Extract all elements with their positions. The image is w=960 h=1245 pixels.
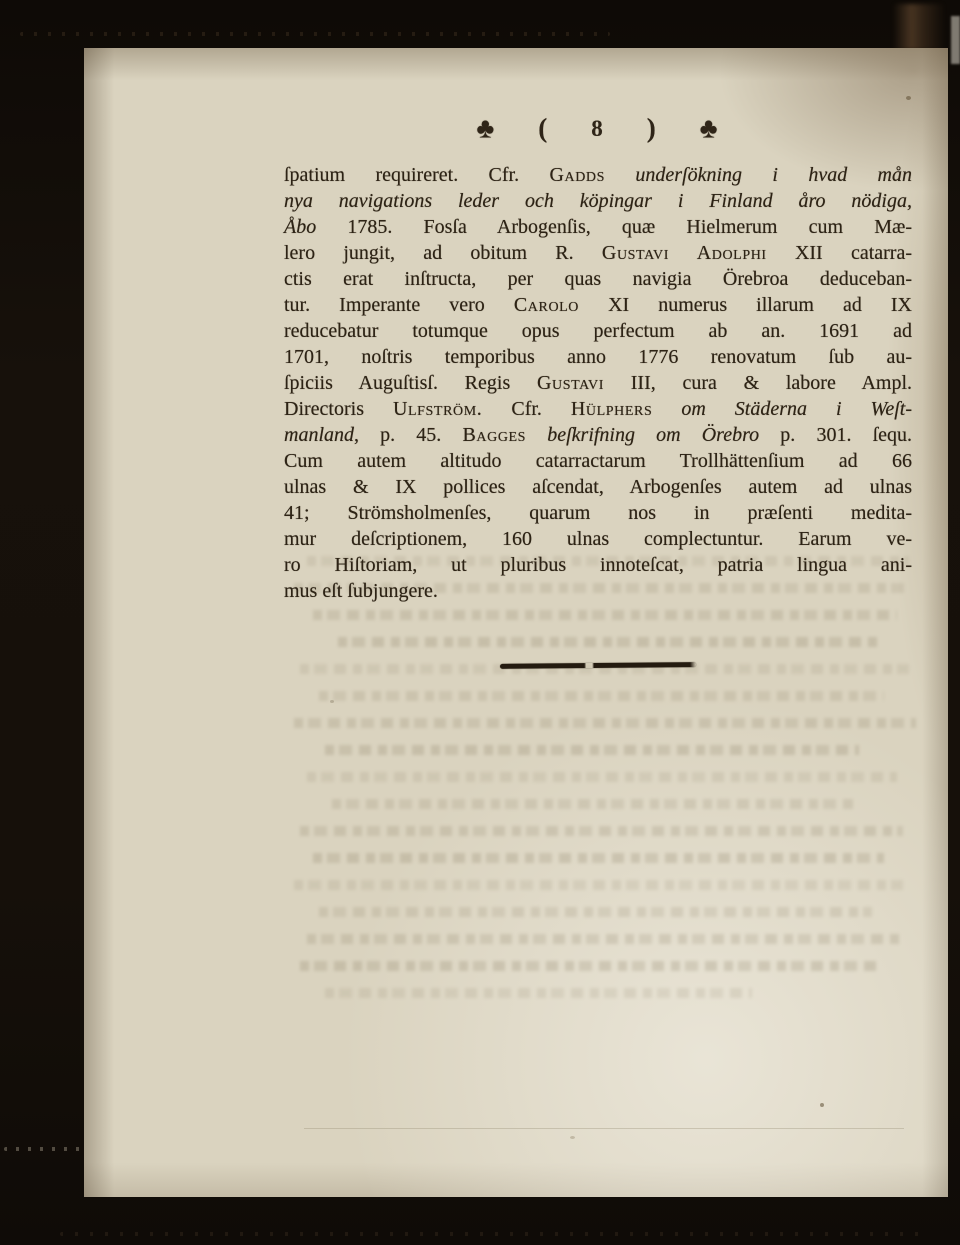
body-text: XII catarra- bbox=[767, 242, 912, 264]
text-line: ro Hiſtoriam, ut pluribus innoteſcat, pa… bbox=[284, 552, 912, 578]
body-text: Cfr. bbox=[482, 398, 571, 420]
scan-edge-artifact bbox=[951, 16, 960, 64]
text-line: ctis erat inſtructa, per quas navigia Ör… bbox=[284, 266, 912, 292]
body-text: lero jungit, ad obitum R. bbox=[284, 242, 602, 264]
page-paper: ♣ ( 8 ) ♣ ſpatium requireret. Cfr. Gadds… bbox=[84, 48, 948, 1197]
body-text: ulnas & IX pollices aſcendat, Arbogenſes… bbox=[284, 476, 912, 498]
italic-citation: beſkrifning om Örebro bbox=[547, 424, 759, 446]
bleed-through-line bbox=[313, 610, 897, 620]
italic-citation: underſökning i hvad mån bbox=[635, 164, 912, 186]
body-text: III, cura & labore Ampl. bbox=[604, 372, 912, 394]
text-block: ſpatium requireret. Cfr. Gadds underſökn… bbox=[284, 162, 912, 604]
paper-speck bbox=[906, 96, 911, 100]
body-text: XI numerus illarum ad IX bbox=[579, 294, 912, 316]
small-caps-name: Hülphers bbox=[571, 398, 652, 420]
text-line: Directoris Ulfström. Cfr. Hülphers om St… bbox=[284, 396, 912, 422]
text-line: nya navigations leder och köpingar i Fin… bbox=[284, 188, 912, 214]
text-line: ſpatium requireret. Cfr. Gadds underſökn… bbox=[284, 162, 912, 188]
text-line: reducebatur totumque opus perfectum ab a… bbox=[284, 318, 912, 344]
body-text: ſpiciis Auguſtisſ. Regis bbox=[284, 372, 537, 394]
paper-speck bbox=[330, 700, 334, 703]
body-text: 41; Strömsholmenſes, quarum nos in præſe… bbox=[284, 502, 912, 524]
text-line: Åbo 1785. Fosſa Arbogenſis, quæ Hielmeru… bbox=[284, 214, 912, 240]
bleed-through-line bbox=[300, 961, 878, 971]
paper-speck bbox=[570, 1136, 575, 1139]
film-edge-dots-bottom bbox=[60, 1232, 920, 1236]
page-number: 8 bbox=[591, 117, 603, 140]
page-number-close-paren: ) bbox=[647, 115, 656, 142]
bleed-through-line bbox=[307, 772, 897, 782]
body-text bbox=[605, 164, 635, 186]
bleed-through-line bbox=[294, 880, 903, 890]
body-text bbox=[526, 424, 547, 446]
small-caps-name: Gustavi Adolphi bbox=[602, 242, 767, 264]
text-line: Cum autem altitudo catarractarum Trollhä… bbox=[284, 448, 912, 474]
italic-citation: Åbo bbox=[284, 216, 316, 238]
bleed-through-line bbox=[294, 718, 916, 728]
scanned-book-page: ♣ ( 8 ) ♣ ſpatium requireret. Cfr. Gadds… bbox=[0, 0, 960, 1245]
body-text bbox=[652, 398, 681, 420]
bleed-through-line bbox=[325, 988, 752, 998]
fleuron-left-icon: ♣ bbox=[477, 114, 495, 142]
small-caps-name: Bagges bbox=[462, 424, 526, 446]
fleuron-right-icon: ♣ bbox=[700, 114, 718, 142]
bleed-through-line bbox=[338, 637, 878, 647]
text-line: 41; Strömsholmenſes, quarum nos in præſe… bbox=[284, 500, 912, 526]
bleed-through-text bbox=[294, 556, 922, 1026]
body-text: mur deſcriptionem, 160 ulnas complectunt… bbox=[284, 528, 912, 550]
text-line: ſpiciis Auguſtisſ. Regis Gustavi III, cu… bbox=[284, 370, 912, 396]
body-text: 1785. Fosſa Arbogenſis, quæ Hielmerum cu… bbox=[316, 216, 912, 238]
bleed-through-line bbox=[300, 826, 903, 836]
bleed-through-line bbox=[319, 907, 872, 917]
italic-citation: manland bbox=[284, 424, 354, 446]
body-text: , p. 45. bbox=[354, 424, 462, 446]
film-edge-dots-top bbox=[20, 32, 610, 36]
body-text: ro Hiſtoriam, ut pluribus innoteſcat, pa… bbox=[284, 554, 912, 576]
bleed-through-line bbox=[332, 799, 853, 809]
scan-reflection-streak bbox=[893, 4, 945, 50]
body-text: 1701, noſtris temporibus anno 1776 renov… bbox=[284, 346, 912, 368]
page-header: ♣ ( 8 ) ♣ bbox=[284, 108, 910, 148]
bleed-through-line bbox=[325, 745, 859, 755]
text-line: mus eſt ſubjungere. bbox=[284, 578, 912, 604]
body-text: reducebatur totumque opus perfectum ab a… bbox=[284, 320, 912, 342]
body-text: mus eſt ſubjungere. bbox=[284, 580, 438, 602]
text-line: mur deſcriptionem, 160 ulnas complectunt… bbox=[284, 526, 912, 552]
small-caps-name: Ulfström. bbox=[393, 398, 482, 420]
italic-citation: om Städerna i Weſt- bbox=[681, 398, 912, 420]
paper-speck bbox=[820, 1103, 824, 1107]
bleed-through-line bbox=[307, 934, 904, 944]
small-caps-name: Carolo bbox=[514, 294, 579, 316]
text-line: lero jungit, ad obitum R. Gustavi Adolph… bbox=[284, 240, 912, 266]
text-line: 1701, noſtris temporibus anno 1776 renov… bbox=[284, 344, 912, 370]
bleed-through-line bbox=[319, 691, 884, 701]
text-line: manland, p. 45. Bagges beſkrifning om Ör… bbox=[284, 422, 912, 448]
bleed-through-line bbox=[313, 853, 884, 863]
body-text: tur. Imperante vero bbox=[284, 294, 514, 316]
text-line: ulnas & IX pollices aſcendat, Arbogenſes… bbox=[284, 474, 912, 500]
page-number-open-paren: ( bbox=[538, 115, 547, 142]
small-caps-name: Gadds bbox=[549, 164, 605, 186]
body-text: Directoris bbox=[284, 398, 393, 420]
body-text: ſpatium requireret. Cfr. bbox=[284, 164, 549, 186]
film-edge-dots-bottom-left bbox=[4, 1147, 96, 1151]
body-text: ctis erat inſtructa, per quas navigia Ör… bbox=[284, 268, 912, 290]
body-text: p. 301. ſequ. bbox=[759, 424, 912, 446]
italic-citation: nya navigations leder och köpingar i Fin… bbox=[284, 190, 912, 212]
small-caps-name: Gustavi bbox=[537, 372, 604, 394]
text-line: tur. Imperante vero Carolo XI numerus il… bbox=[284, 292, 912, 318]
paper-scratch bbox=[304, 1128, 904, 1129]
body-text: Cum autem altitudo catarractarum Trollhä… bbox=[284, 450, 912, 472]
